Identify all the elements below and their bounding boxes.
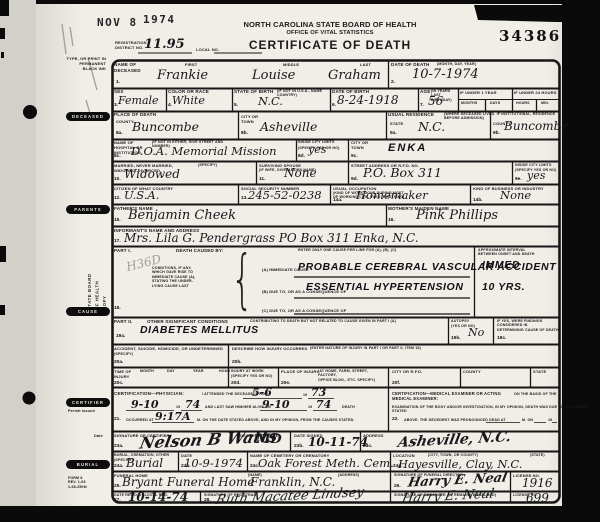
time-of-injury-label: TIME OF INJURY xyxy=(114,369,131,379)
field-5-number: 5. xyxy=(234,103,238,108)
field-27-number: 27. xyxy=(114,498,121,503)
ink-instruction: TYPE, OR PRINT IN PERMANENT BLACK INK xyxy=(46,56,106,71)
field-20a-number: 20a. xyxy=(114,360,123,365)
last-seen-year: 74 xyxy=(316,398,331,411)
field-26-number: 26. xyxy=(394,484,401,489)
hospital-value: D.O.A. Memorial Mission xyxy=(131,144,277,158)
conditions-brace: { xyxy=(231,243,253,317)
father-name-value: Benjamin Cheek xyxy=(128,208,236,223)
cause-b-interval: 10 YRS. xyxy=(482,281,525,293)
date-of-birth-value: 8-24-1918 xyxy=(337,93,399,107)
tab-parents: PARENTS xyxy=(66,205,110,214)
agency-name: NORTH CAROLINA STATE BOARD OF HEALTH xyxy=(230,20,430,29)
pod-county-value: Buncombe xyxy=(132,119,199,134)
year-prefix-1: 19 xyxy=(303,393,307,397)
usual-residence-label: USUAL RESIDENCE xyxy=(388,112,434,118)
conditions-note: CONDITIONS, IF ANY, WHICH GAVE RISE TO I… xyxy=(152,266,224,288)
days-header: DAYS xyxy=(490,101,500,105)
res-state-label: STATE xyxy=(390,121,403,126)
field-8b-number: 8b. xyxy=(241,131,248,136)
year-header: YEAR xyxy=(193,369,204,373)
pod-city-value: Asheville xyxy=(260,119,317,134)
interval-header: APPROXIMATE INTERVAL BETWEEN ONSET AND D… xyxy=(478,248,558,257)
field-9e-number: 9e. xyxy=(515,177,522,182)
field-23a-number: 23a. xyxy=(114,444,123,449)
injury-at-work-label: INJURY AT WORK xyxy=(231,369,275,373)
sex-value: Female xyxy=(118,94,159,107)
physician-text-5: M. ON THE DATE STATED ABOVE, AND IN MY O… xyxy=(197,418,355,422)
date-of-death-value: 10-7-1974 xyxy=(412,67,479,82)
field-14b-number: 14b. xyxy=(473,198,483,203)
certificate-number: 34386 xyxy=(499,27,561,45)
field-9a-number: 9a. xyxy=(390,131,397,136)
place-of-injury-sub: (AT HOME, FARM, STREET, FACTORY, OFFICE … xyxy=(318,369,386,382)
pod-city-label: CITY OR TOWN xyxy=(241,114,258,124)
field-14a-number: 14a. xyxy=(333,198,342,203)
date-note: Date xyxy=(94,434,103,439)
field-20f-number: 20f. xyxy=(392,381,400,386)
month-header: MONTH xyxy=(140,369,154,373)
name-last-header: LAST xyxy=(360,62,371,67)
pod-inside-city-value: yes xyxy=(308,143,326,156)
marital-status-value: Widowed xyxy=(124,167,180,181)
received-date-stamp-month: NOV 8 xyxy=(97,16,138,29)
name-middle-header: MIDDLE xyxy=(283,62,299,67)
ssn-value: 245-52-0238 xyxy=(248,188,322,202)
age-value: 56 xyxy=(428,94,443,108)
year-prefix-3: 19 xyxy=(308,405,312,409)
field-23b-number: 23b. xyxy=(294,444,304,449)
certifier-degree-value: MD xyxy=(256,432,282,447)
occupation-value: Homemaker xyxy=(356,188,428,202)
how-injury-sub: (ENTER NATURE OF INJURY IN PART I OR PAR… xyxy=(310,346,421,350)
name-of-deceased-label: NAME OF DECEASED xyxy=(114,62,141,73)
examiner-text-1: ON THE BASIS OF THE xyxy=(514,392,557,396)
autopsy-value: No xyxy=(468,326,484,339)
field-2-number: 2. xyxy=(391,80,395,85)
mother-name-value: Pink Phillips xyxy=(416,208,498,223)
day-header: DAY xyxy=(167,369,175,373)
office-name: OFFICE OF VITAL STATISTICS xyxy=(230,30,430,37)
field-12-number: 12. xyxy=(114,196,121,201)
hours-header: HOURS xyxy=(516,101,530,105)
field-22-number: 22. xyxy=(392,417,399,422)
field-28-number: 28. xyxy=(204,498,211,503)
res-inside-city-value: yes xyxy=(527,169,545,182)
certification-examiner-label: CERTIFICATION—MEDICAL EXAMINER OR ACTING… xyxy=(392,391,514,402)
field-23c-number: 23c. xyxy=(363,444,372,449)
part2-note: CONTRIBUTING TO DEATH BUT NOT RELATED TO… xyxy=(250,319,396,323)
copy-stamp-vertical: STATE BOARD OF HEALTH COPY xyxy=(86,232,108,310)
part2-value: DIABETES MELLITUS xyxy=(140,324,259,336)
burial-type-value: Burial xyxy=(126,456,163,470)
months-header: MONTHS xyxy=(461,101,477,105)
place-of-death-label: PLACE OF DEATH xyxy=(114,112,156,118)
injury-at-work-sub: (SPECIFY YES OR NO) xyxy=(231,374,275,378)
physician-text-2: AND LAST SAW HIM/HER ALIVE ON xyxy=(205,405,271,409)
field-21-number: 21. xyxy=(114,417,121,422)
name-first-header: FIRST xyxy=(185,62,197,67)
funeral-home-value: Bryant Funeral Home xyxy=(122,475,254,489)
death-certificate-scan: NOV 8 1974 NORTH CAROLINA STATE BOARD OF… xyxy=(0,0,600,522)
embalmer-license-value: 699 xyxy=(526,491,549,505)
tab-cause: CAUSE xyxy=(66,307,110,316)
citizen-value: U.S.A. xyxy=(124,188,159,202)
field-9c-number: 9c. xyxy=(351,154,358,159)
field-20c-number: 20c. xyxy=(114,381,123,386)
race-value: White xyxy=(172,94,205,107)
field-8d-number: 8d. xyxy=(298,154,305,159)
under-1-year-label: IF UNDER 1 YEAR xyxy=(460,90,497,95)
industry-value: None xyxy=(500,188,531,202)
examiner-text-4: M. ON xyxy=(522,418,533,422)
state-of-birth-value: N.C. xyxy=(258,94,283,108)
street-address-value: P.O. Box 311 xyxy=(363,165,442,180)
form-number: FORM 8 REV. 1-68 1-68-250M xyxy=(68,476,87,489)
tab-certifier: CERTIFIER xyxy=(66,398,110,407)
injury-city-label: CITY OR R.F.D. xyxy=(392,369,422,374)
field-19c-number: 19c. xyxy=(497,336,506,341)
field-8a-number: 8a. xyxy=(116,131,123,136)
permit-issued-note: Permit Issued xyxy=(68,409,95,414)
time-of-death-value: 9:17A xyxy=(155,410,191,423)
res-city-label: CITY OR TOWN xyxy=(351,140,368,150)
deceased-last-name: Graham xyxy=(328,68,381,83)
part1-caused-by-label: DEATH CAUSED BY: xyxy=(176,248,223,254)
field-20e-number: 20e. xyxy=(281,381,290,386)
injury-state-label: STATE xyxy=(533,369,546,374)
field-7-number: 7. xyxy=(420,103,424,108)
marital-status-sub: (SPECIFY) xyxy=(198,163,217,167)
field-24a-number: 24a. xyxy=(114,464,123,469)
field-11-number: 11. xyxy=(259,177,265,182)
director-license-value: 1916 xyxy=(522,476,553,490)
document-title: CERTIFICATE OF DEATH xyxy=(230,38,430,53)
field-10-number: 10. xyxy=(114,177,121,182)
local-no-label: LOCAL NO. xyxy=(196,47,219,52)
physician-text-4: OCCURRED AT xyxy=(126,418,154,422)
physician-text-3: DEATH xyxy=(342,405,355,409)
location-sub-2: (STATE) xyxy=(530,453,545,457)
under-24-hours-label: IF UNDER 24 HOURS xyxy=(514,90,557,95)
examiner-text-3: ABOVE. THE DECEDENT WAS PRONOUNCED DEAD … xyxy=(404,418,506,422)
last-seen-date: 9-10 xyxy=(262,398,290,411)
received-date-stamp-year: 1974 xyxy=(143,13,176,26)
field-19a-number: 19a. xyxy=(116,334,125,339)
registration-district-label: REGISTRATION DISTRICT NO. xyxy=(115,40,147,50)
field-18-number: 18. xyxy=(114,306,121,311)
field-19b-number: 19b. xyxy=(451,336,461,341)
state-of-birth-sub: (IF NOT IN U.S.A., NAME COUNTRY) xyxy=(277,89,329,98)
field-17-number: 17. xyxy=(114,239,121,244)
accident-label: ACCIDENT, SUICIDE, HOMICIDE, OR UNDETERM… xyxy=(114,346,223,351)
field-8c-number: 8c. xyxy=(114,154,121,159)
field-25-number: 25. xyxy=(114,484,121,489)
accident-sub: (SPECIFY) xyxy=(114,352,133,356)
year-prefix-2: 19 xyxy=(176,405,180,409)
informant-value: Mrs. Lila G. Pendergrass PO Box 311 Enka… xyxy=(124,231,419,245)
date-of-death-sub: (MONTH, DAY, YEAR) xyxy=(437,62,476,66)
min-header: MIN. xyxy=(541,101,549,105)
date-signed-value: 10-11-74 xyxy=(308,435,368,449)
date-received-value: 10-14-74 xyxy=(128,490,188,504)
examiner-text-2: EXAMINATION OF THE BODY AND/OR INVESTIGA… xyxy=(392,405,600,414)
cemetery-value: Oak Forest Meth. Cem. xyxy=(258,456,394,470)
burial-date-value: 10-9-1974 xyxy=(184,456,243,470)
funeral-home-address-header: (ADDRESS) xyxy=(338,473,359,477)
field-15-number: 15. xyxy=(114,218,121,223)
part2-label: PART II. xyxy=(114,319,132,325)
field-16-number: 16. xyxy=(388,218,395,223)
field-20b-number: 20b. xyxy=(232,360,242,365)
place-of-injury-label: PLACE OF INJURY xyxy=(281,369,319,374)
field-1-number: 1. xyxy=(116,80,120,85)
address-label: ADDRESS xyxy=(363,433,384,438)
hour-header: HOUR xyxy=(219,369,230,373)
how-injury-label: DESCRIBE HOW INJURY OCCURRED xyxy=(232,346,308,351)
location-value: Hayesville, Clay, N.C. xyxy=(398,457,522,471)
field-9b-number: 9b. xyxy=(493,131,500,136)
cause-c-label: (c) DUE TO, OR AS A CONSEQUENCE OF xyxy=(262,308,346,313)
certification-physician-label: CERTIFICATION—PHYSICIAN: xyxy=(114,391,184,397)
field-6-number: 6. xyxy=(332,103,336,108)
res-city-value: ENKA xyxy=(388,142,427,154)
surviving-spouse-value: None xyxy=(284,166,317,180)
part1-note: ENTER ONLY ONE CAUSE PER LINE FOR (a), (… xyxy=(298,248,396,252)
cause-a-interval: IMMED xyxy=(482,259,520,271)
field-13-number: 13. xyxy=(241,196,248,201)
findings-label: IF YES, WERE FINDINGS CONSIDERED IN DETE… xyxy=(497,319,559,332)
examiner-text-5: 19 xyxy=(548,418,552,422)
res-county-value: Buncombe xyxy=(504,119,568,133)
deceased-middle-name: Louise xyxy=(252,68,295,83)
res-state-value: N.C. xyxy=(418,119,445,134)
deceased-first-name: Frankie xyxy=(157,68,208,83)
registration-district-value: 11.95 xyxy=(144,37,185,52)
part1-label: PART I. xyxy=(114,248,131,254)
autopsy-label: AUTOPSY xyxy=(451,319,469,323)
res-inside-city-label: INSIDE CITY LIMITS xyxy=(515,163,559,167)
cause-b-value: ESSENTIAL HYPERTENSION xyxy=(306,281,464,293)
tab-deceased: DECEASED xyxy=(66,112,110,121)
field-9d-number: 9d. xyxy=(351,177,358,182)
injury-county-label: COUNTY xyxy=(463,369,481,374)
tab-burial: BURIAL xyxy=(66,460,110,469)
field-20d-number: 20d. xyxy=(231,381,241,386)
